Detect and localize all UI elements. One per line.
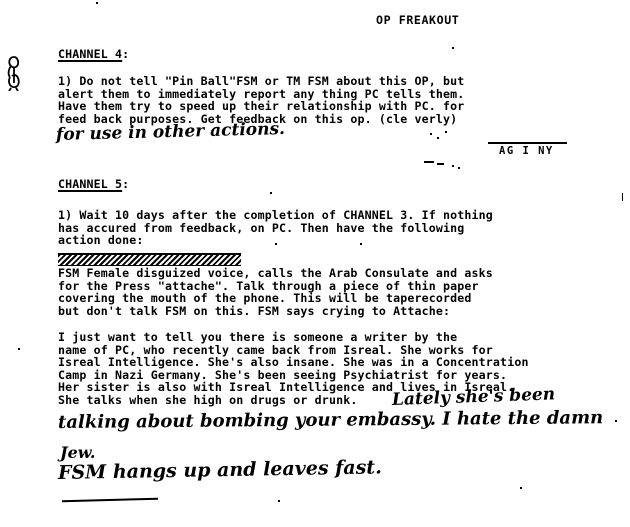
- handwritten-continuation-3: Jew.: [60, 443, 95, 462]
- channel-5-heading: CHANNEL 5:: [58, 178, 129, 191]
- routing-line-divider: [488, 142, 567, 144]
- handwritten-closing: FSM hangs up and leaves fast.: [58, 456, 382, 484]
- struck-through-line: [58, 253, 241, 266]
- document-title: OP FREAKOUT: [376, 14, 459, 27]
- channel-5-heading-text: CHANNEL 5: [58, 177, 122, 191]
- handwritten-continuation-2: talking about bombing your embassy. I ha…: [58, 407, 603, 433]
- routing-initials: AG I NY: [499, 145, 554, 158]
- channel-4-heading-text: CHANNEL 4: [58, 47, 122, 61]
- channel-5-instructions: FSM Female disguized voice, calls the Ar…: [58, 267, 493, 317]
- handwritten-continuation-1: Lately she's been: [392, 384, 556, 410]
- channel-4-heading: CHANNEL 4:: [58, 48, 129, 61]
- channel-5-heading-colon: :: [122, 178, 129, 191]
- channel-4-paragraph: 1) Do not tell "Pin Ball"FSM or TM FSM a…: [58, 75, 464, 125]
- channel-5-paragraph: 1) Wait 10 days after the completion of …: [58, 209, 493, 247]
- handwritten-numeral-mark-icon: [6, 55, 22, 91]
- channel-4-heading-colon: :: [122, 48, 129, 61]
- handwritten-underline: [62, 498, 158, 503]
- document-page: OP FREAKOUT CHANNEL 4: 1) Do not tell "P…: [0, 0, 630, 527]
